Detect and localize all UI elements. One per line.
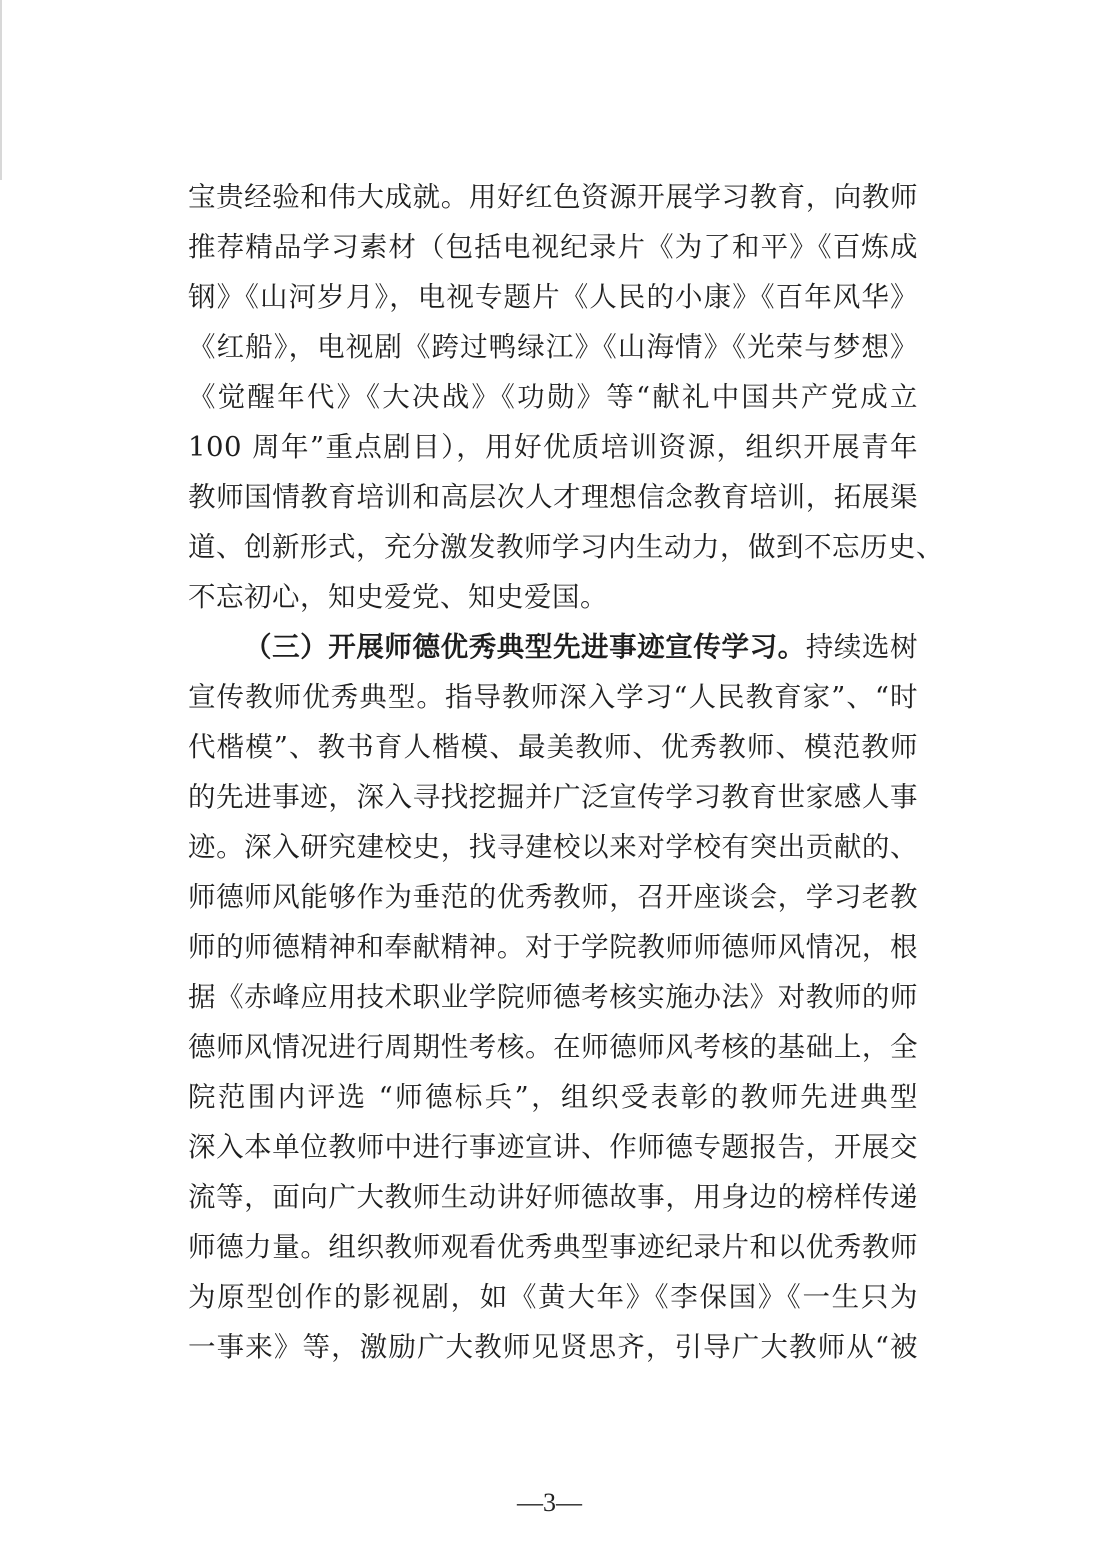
text-line: 宣传教师优秀典型。指导教师深入学习“人民教育家”、“时 <box>188 672 918 722</box>
text-line: 师德力量。组织教师观看优秀典型事迹纪录片和以优秀教师 <box>188 1222 918 1272</box>
text-line: 的先进事迹，深入寻找挖掘并广泛宣传学习教育世家感人事 <box>188 772 918 822</box>
text-line: 深入本单位教师中进行事迹宣讲、作师德专题报告，开展交 <box>188 1122 918 1172</box>
text-line: 教师国情教育培训和高层次人才理想信念教育培训，拓展渠 <box>188 472 918 522</box>
text-line: 流等，面向广大教师生动讲好师德故事，用身边的榜样传递 <box>188 1172 918 1222</box>
text-line: 代楷模”、教书育人楷模、最美教师、优秀教师、模范教师 <box>188 722 918 772</box>
heading-continuation: 持续选树 <box>806 631 918 663</box>
document-body: 宝贵经验和伟大成就。用好红色资源开展学习教育，向教师 推荐精品学习素材（包括电视… <box>188 172 918 1372</box>
paragraph-teacher-ethics-models: （三）开展师德优秀典型先进事迹宣传学习。持续选树 宣传教师优秀典型。指导教师深入… <box>188 622 918 1372</box>
section-heading: （三）开展师德优秀典型先进事迹宣传学习。 <box>244 631 806 663</box>
paragraph-red-resources: 宝贵经验和伟大成就。用好红色资源开展学习教育，向教师 推荐精品学习素材（包括电视… <box>188 172 918 622</box>
text-line: 100 周年”重点剧目），用好优质培训资源，组织开展青年 <box>188 422 918 472</box>
text-line: 院范围内评选 “师德标兵”，组织受表彰的教师先进典型 <box>188 1072 918 1122</box>
page-number: —3— <box>0 1488 1099 1518</box>
text-line: 师的师德精神和奉献精神。对于学院教师师德师风情况，根 <box>188 922 918 972</box>
text-line: 为原型创作的影视剧，如《黄大年》《李保国》《一生只为 <box>188 1272 918 1322</box>
text-line: 推荐精品学习素材（包括电视纪录片《为了和平》《百炼成 <box>188 222 918 272</box>
text-line: 钢》《山河岁月》，电视专题片《人民的小康》《百年风华》 <box>188 272 918 322</box>
text-line: 《觉醒年代》《大决战》《功勋》等“献礼中国共产党成立 <box>188 372 918 422</box>
text-line: 德师风情况进行周期性考核。在师德师风考核的基础上，全 <box>188 1022 918 1072</box>
text-line: 一事来》等，激励广大教师见贤思齐，引导广大教师从“被 <box>188 1322 918 1372</box>
text-line: 师德师风能够作为垂范的优秀教师，召开座谈会，学习老教 <box>188 872 918 922</box>
text-line: 不忘初心，知史爱党、知史爱国。 <box>188 572 918 622</box>
text-line: 《红船》，电视剧《跨过鸭绿江》《山海情》《光荣与梦想》 <box>188 322 918 372</box>
text-line: 据《赤峰应用技术职业学院师德考核实施办法》对教师的师 <box>188 972 918 1022</box>
text-line: 道、创新形式，充分激发教师学习内生动力，做到不忘历史、 <box>188 522 918 572</box>
scan-edge-line <box>0 0 2 180</box>
text-line: 迹。深入研究建校史，找寻建校以来对学校有突出贡献的、 <box>188 822 918 872</box>
text-line: 宝贵经验和伟大成就。用好红色资源开展学习教育，向教师 <box>188 172 918 222</box>
section-heading-line: （三）开展师德优秀典型先进事迹宣传学习。持续选树 <box>188 622 918 672</box>
